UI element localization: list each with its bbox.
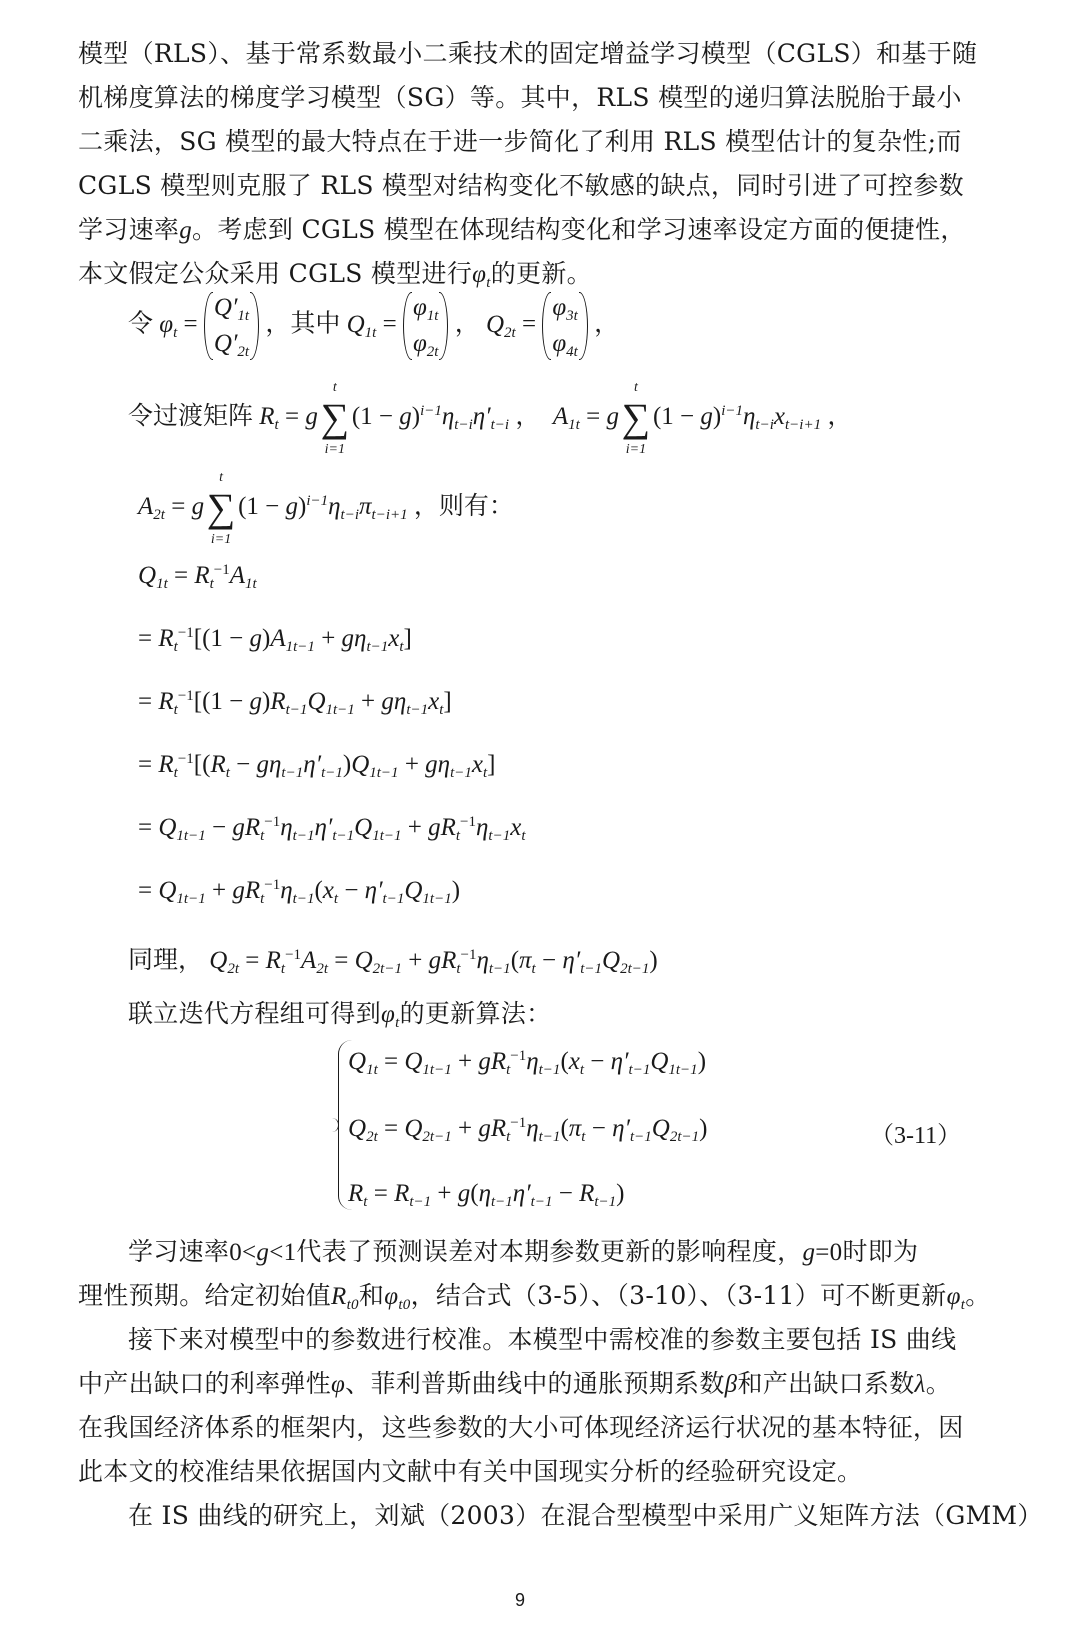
text-fragment: 。考虑到 CGLS 模型在体现结构变化和学习速率设定方面的便捷性，: [192, 215, 966, 244]
text-line: 模型（RLS）、基于常系数最小二乘技术的固定增益学习模型（CGLS）和基于随: [78, 36, 977, 72]
document-page: 模型（RLS）、基于常系数最小二乘技术的固定增益学习模型（CGLS）和基于随 机…: [0, 0, 1080, 1632]
equation-A2-definition: A2t = gt∑i=1(1 − g)i−1ηt−iπt−i+1 ，则有：: [138, 486, 514, 528]
page-number: 9: [0, 1590, 1040, 1611]
text-line: 在我国经济体系的框架内，这些参数的大小可体现经济运行状况的基本特征，因: [78, 1410, 964, 1446]
text-line: 在 IS 曲线的研究上，刘斌（2003）在混合型模型中采用广义矩阵方法（GMM）: [128, 1498, 1043, 1534]
derivation-line-4: = Rt−1[(Rt − gηt−1η′t−1)Q1t−1 + gηt−1xt]: [138, 751, 495, 779]
text-line: CGLS 模型则克服了 RLS 模型对结构变化不敏感的缺点，同时引进了可控参数: [78, 168, 964, 204]
text-fragment: 本文假定公众采用 CGLS 模型进行: [78, 259, 472, 288]
derivation-line-2: = Rt−1[(1 − g)A1t−1 + gηt−1xt]: [138, 625, 412, 653]
text-line: 接下来对模型中的参数进行校准。本模型中需校准的参数主要包括 IS 曲线: [128, 1322, 956, 1358]
text-fragment: 的更新。: [491, 259, 592, 288]
text-line: 联立迭代方程组可得到φt的更新算法：: [128, 996, 551, 1033]
system-line-3: Rt = Rt−1 + g(ηt−1η′t−1 − Rt−1): [348, 1180, 624, 1208]
text-line: 机梯度算法的梯度学习模型（SG）等。其中，RLS 模型的递归算法脱胎于最小: [78, 80, 962, 116]
derivation-line-6: = Q1t−1 + gRt−1ηt−1(xt − η′t−1Q1t−1): [138, 877, 460, 905]
text-fragment: 学习速率: [78, 215, 179, 244]
equation-R-A1-definition: 令过渡矩阵 Rt = gt∑i=1(1 − g)i−1ηt−iη′t−i ， A…: [128, 396, 852, 438]
math-phi-t: φt: [472, 261, 491, 288]
derivation-line-1: Q1t = Rt−1A1t: [138, 562, 257, 590]
text-line: 学习速率0<g<1代表了预测误差对本期参数更新的影响程度，g=0时即为: [128, 1234, 918, 1271]
text-line: 学习速率g。考虑到 CGLS 模型在体现结构变化和学习速率设定方面的便捷性，: [78, 212, 966, 249]
derivation-line-5: = Q1t−1 − gRt−1ηt−1η′t−1Q1t−1 + gRt−1ηt−…: [138, 814, 526, 842]
equation-phi-definition: 令 φt = Q′1tQ′2t ，其中 Q1t = φ1tφ2t ， Q2t =…: [128, 290, 619, 362]
system-line-1: Q1t = Q1t−1 + gRt−1ηt−1(xt − η′t−1Q1t−1): [348, 1048, 706, 1076]
text-line: 二乘法，SG 模型的最大特点在于进一步简化了利用 RLS 模型估计的复杂性;而: [78, 124, 962, 160]
text-line: 理性预期。给定初始值Rt0和φt0，结合式（3-5）、（3-10）、（3-11）…: [78, 1278, 991, 1315]
system-line-2: Q2t = Q2t−1 + gRt−1ηt−1(πt − η′t−1Q2t−1): [348, 1115, 707, 1143]
equation-Q2-same-reason: 同理， Q2t = Rt−1A2t = Q2t−1 + gRt−1ηt−1(πt…: [128, 940, 658, 976]
text-line: 此本文的校准结果依据国内文献中有关中国现实分析的经验研究设定。: [78, 1454, 862, 1490]
equation-number: （3-11）: [870, 1115, 961, 1150]
derivation-line-3: = Rt−1[(1 − g)Rt−1Q1t−1 + gηt−1xt]: [138, 688, 452, 716]
text-line: 本文假定公众采用 CGLS 模型进行φt的更新。: [78, 256, 592, 293]
math-g: g: [179, 217, 192, 244]
text-line: 中产出缺口的利率弹性φ、菲利普斯曲线中的通胀预期系数β和产出缺口系数λ。: [78, 1366, 951, 1403]
